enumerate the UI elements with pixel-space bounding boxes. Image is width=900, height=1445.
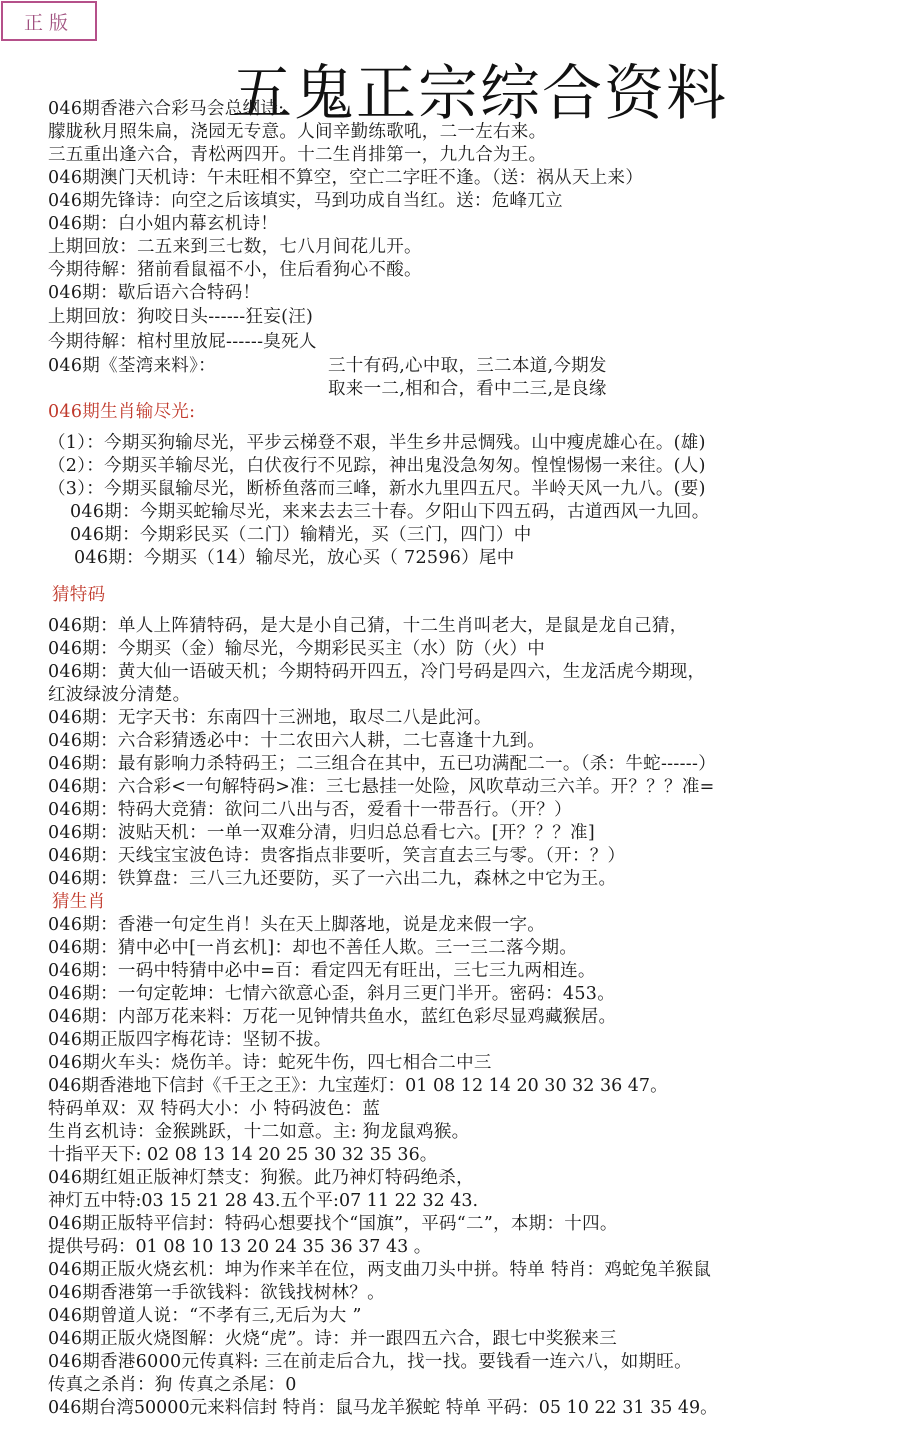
text-line: 上期回放：二五来到三七数，七八月间花儿开。: [48, 236, 900, 259]
text-line: 046期：一码中特猜中必中=百：看定四无有旺出，三七三九两相连。: [48, 960, 900, 983]
document-body: 046期香港六合彩马会总纲诗: 朦胧秋月照朱扁，浇园无专意。人间辛勤练歌吼，二一…: [48, 98, 900, 1420]
section-lose: 046期生肖输尽光: （1）：今期买狗输尽光，平步云梯登不艰，半生乡井忌惆残。山…: [48, 401, 900, 570]
text-line: 046期正版火烧玄机：坤为作来羊在位，两支曲刀头中拼。特单 特肖：鸡蛇兔羊猴鼠: [48, 1259, 900, 1282]
text-line: 046期香港地下信封《千王之王》：九宝莲灯：01 08 12 14 20 30 …: [48, 1075, 900, 1098]
text-line: 红波绿波分清楚。: [48, 684, 900, 707]
section-heading: 猜生肖: [48, 891, 900, 914]
text-line: 046期：特码大竞猜：欲问二八出与否，爱看十一带吾行。（开？）: [48, 799, 900, 822]
text-line: 046期先锋诗：向空之后该填实，马到功成自当红。送：危峰兀立: [48, 190, 900, 213]
text-line: 046期正版特平信封：特码心想要找个“国旗”，平码“二”，本期：十四。: [48, 1213, 900, 1236]
text-line: 046期：六合彩<一句解特码>准：三七悬挂一处险，风吹草动三六羊。开？？？准=: [48, 776, 900, 799]
text-line: 046期正版火烧图解：火烧“虎”。诗：并一跟四五六合，跟七中奖猴来三: [48, 1328, 900, 1351]
text-line: 十指平天下: 02 08 13 14 20 25 30 32 35 36。: [48, 1144, 900, 1167]
section-guess-zodiac: 猜生肖 046期：香港一句定生肖！头在天上脚落地，说是龙来假一字。 046期：猜…: [48, 891, 900, 1420]
text-line: 046期香港第一手欲钱料：欲钱找树林？。: [48, 1282, 900, 1305]
text-line: 生肖玄机诗：金猴跳跃，十二如意。主: 狗龙鼠鸡猴。: [48, 1121, 900, 1144]
text-line: 046期：白小姐内幕玄机诗！: [48, 213, 900, 236]
text-line: 上期回放：狗咬日头------狂妄(汪): [48, 305, 900, 330]
text-line: 046期：内部万花来料：万花一见钟情共鱼水，蓝红色彩尽显鸡藏猴居。: [48, 1006, 900, 1029]
section-heading: 猜特码: [48, 584, 900, 607]
text-line: 今期待解：猪前看鼠福不小，住后看狗心不酸。: [48, 259, 900, 282]
text-line: 046期火车头：烧伤羊。诗：蛇死牛伤，四七相合二中三: [48, 1052, 900, 1075]
text-line: 046期正版四字梅花诗：坚韧不拔。: [48, 1029, 900, 1052]
text-line: 046期：今期彩民买（二门）输精光，买（三门，四门）中: [48, 524, 900, 547]
text-line: 046期红姐正版神灯禁支：狗猴。此乃神灯特码绝杀，: [48, 1167, 900, 1190]
quanwan-line: 三十有码,心中取，三二本道,今期发: [328, 355, 900, 378]
text-line: 046期：一句定乾坤：七情六欲意心歪，斜月三更门半开。密码：453。: [48, 983, 900, 1006]
text-line: 046期香港六合彩马会总纲诗:: [48, 98, 900, 121]
text-line: 046期：单人上阵猜特码，是大是小自己猜，十二生肖叫老大，是鼠是龙自己猜，: [48, 615, 900, 638]
text-line: （3）：今期买鼠输尽光，断桥鱼落而三峰，新水九里四五尺。半岭天风一九八。(要): [48, 478, 900, 501]
authentic-badge: 正版: [1, 1, 97, 41]
section-heading: 046期生肖输尽光:: [48, 401, 900, 424]
text-line: 046期：无字天书：东南四十三洲地，取尽二八是此河。: [48, 707, 900, 730]
quanwan-label: 046期《荃湾来料》：: [48, 355, 328, 378]
text-line: 046期澳门天机诗：午未旺相不算空，空亡二字旺不逢。（送：祸从天上来）: [48, 167, 900, 190]
text-line: 046期：香港一句定生肖！头在天上脚落地，说是龙来假一字。: [48, 914, 900, 937]
text-line: 046期：黄大仙一语破天机；今期特码开四五，冷门号码是四六，生龙活虎今期现，: [48, 661, 900, 684]
text-line: 046期：波贴天机：一单一双难分清，归归总总看七六。[开？？？准]: [48, 822, 900, 845]
spacer: [48, 378, 328, 401]
text-line: （2）：今期买羊输尽光，白伏夜行不见踪，神出鬼没急匆匆。惶惶惕惕一来往。(人): [48, 455, 900, 478]
text-line: （1）：今期买狗输尽光，平步云梯登不艰，半生乡井忌惆残。山中瘦虎雄心在。(雄): [48, 432, 900, 455]
text-line: 神灯五中特:03 15 21 28 43.五个平:07 11 22 32 43.: [48, 1190, 900, 1213]
text-line: 三五重出逢六合，青松两四开。十二生肖排第一，九九合为王。: [48, 144, 900, 167]
text-line: 046期：今期买（金）输尽光，今期彩民买主（水）防（火）中: [48, 638, 900, 661]
text-line: 046期：歇后语六合特码！: [48, 282, 900, 305]
text-line: 046期：今期买（14）输尽光，放心买（ 72596）尾中: [48, 547, 900, 570]
text-line: 046期：六合彩猜透必中：十二农田六人耕，二七喜逢十九到。: [48, 730, 900, 753]
text-line: 046期台湾50000元来料信封 特肖：鼠马龙羊猴蛇 特单 平码：05 10 2…: [48, 1397, 900, 1420]
text-line: 朦胧秋月照朱扁，浇园无专意。人间辛勤练歌吼，二一左右来。: [48, 121, 900, 144]
text-line: 046期：猜中必中[一肖玄机]：却也不善任人欺。三一三二落今期。: [48, 937, 900, 960]
text-line: 特码单双：双 特码大小：小 特码波色：蓝: [48, 1098, 900, 1121]
quanwan-line: 取来一二,相和合，看中二三,是良缘: [328, 378, 900, 401]
text-line: 046期：今期买蛇输尽光，来来去去三十春。夕阳山下四五码，古道西风一九回。: [48, 501, 900, 524]
text-line: 046期曾道人说：“不孝有三,无后为大 ”: [48, 1305, 900, 1328]
text-line: 传真之杀肖：狗 传真之杀尾：0: [48, 1374, 900, 1397]
text-line: 提供号码：01 08 10 13 20 24 35 36 37 43 。: [48, 1236, 900, 1259]
quanwan-row: 046期《荃湾来料》： 三十有码,心中取，三二本道,今期发: [48, 355, 900, 378]
quanwan-row: 取来一二,相和合，看中二三,是良缘: [48, 378, 900, 401]
section-guess-code: 猜特码 046期：单人上阵猜特码，是大是小自己猜，十二生肖叫老大，是鼠是龙自己猜…: [48, 584, 900, 891]
poem-block: 046期香港六合彩马会总纲诗: 朦胧秋月照朱扁，浇园无专意。人间辛勤练歌吼，二一…: [48, 98, 900, 401]
text-line: 今期待解：棺村里放屁------臭死人: [48, 330, 900, 355]
text-line: 046期：铁算盘：三八三九还要防，买了一六出二九，森林之中它为王。: [48, 868, 900, 891]
text-line: 046期香港6000元传真料: 三在前走后合九，找一找。要钱看一连六八，如期旺。: [48, 1351, 900, 1374]
text-line: 046期：天线宝宝波色诗：贵客指点非要听，笑言直去三与零。（开：？）: [48, 845, 900, 868]
text-line: 046期：最有影响力杀特码王；二三组合在其中，五已功满配二一。（杀：牛蛇----…: [48, 753, 900, 776]
